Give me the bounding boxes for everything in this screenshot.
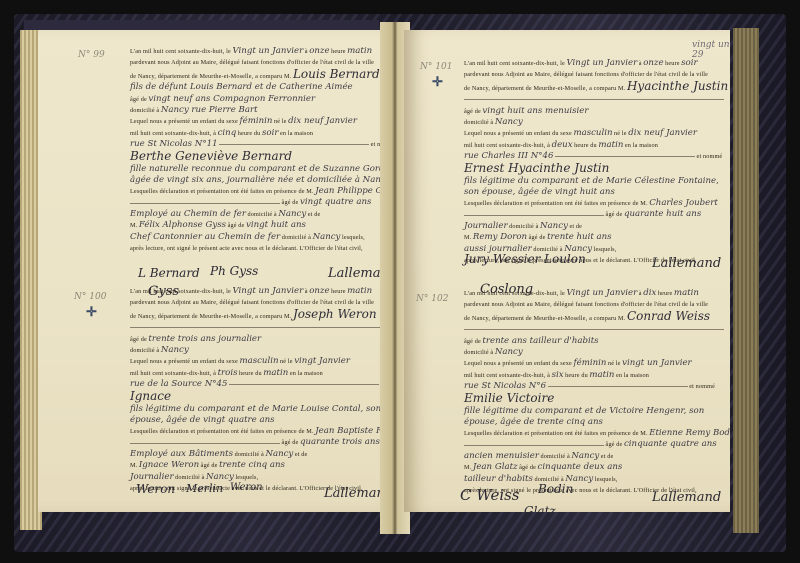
birth-record: L'an mil huit cent soixante-dix-huit, le… — [130, 286, 402, 495]
record-date: Vingt un Janvier — [566, 288, 637, 298]
record-date: Vingt un Janvier — [566, 58, 637, 68]
signature: Jury Wessier — [464, 252, 540, 266]
right-page: vingt un 29 N° 101 ✛ L'an mil huit cent … — [404, 30, 730, 512]
record-date: Vingt un Janvier — [232, 46, 303, 56]
signature: Bodin — [538, 482, 573, 496]
signature: Loulon — [544, 252, 586, 266]
child-name: Berthe Geneviève Bernard — [130, 149, 292, 163]
declarant-name: Louis Bernard — [293, 67, 380, 81]
officer-signature: Lallemand — [652, 256, 721, 271]
birth-record: L'an mil huit cent soixante-dix-huit, le… — [130, 46, 402, 255]
record-number: N° 102 — [416, 294, 448, 304]
signature: Glatz — [524, 504, 556, 512]
page-number-note: vingt un 29 — [692, 40, 730, 60]
signature: Ph Gyss — [210, 264, 258, 278]
signature: L Bernard — [138, 266, 200, 280]
record-number: N° 99 — [78, 50, 105, 60]
birth-record: L'an mil huit cent soixante-dix-huit, le… — [464, 58, 730, 267]
officer-signature: Lallemand — [652, 490, 721, 505]
record-number: N° 101 — [420, 62, 452, 72]
left-page: N° 99 L'an mil huit cent soixante-dix-hu… — [38, 30, 406, 512]
birth-record: L'an mil huit cent soixante-dix-huit, le… — [464, 288, 730, 497]
record-date: Vingt un Janvier — [232, 286, 303, 296]
record-number: N° 100 — [74, 292, 106, 302]
declarant-name: Joseph Weron — [293, 307, 377, 321]
signature: C Weiss — [460, 486, 520, 504]
page-stack-right — [733, 28, 759, 533]
signature: Weron — [136, 482, 175, 496]
child-name: Emilie Victoire — [464, 391, 554, 405]
child-name: Ignace — [130, 389, 171, 403]
marginal-cross-mark: ✛ — [86, 304, 97, 320]
declarant-name: Conrad Weiss — [627, 309, 710, 323]
child-name: Ernest Hyacinthe Justin — [464, 161, 609, 175]
signature: Weron — [230, 482, 263, 493]
declarant-name: Hyacinthe Justin Wessier — [627, 79, 730, 93]
signature: Merlin — [186, 482, 223, 495]
marginal-cross-mark: ✛ — [432, 74, 443, 90]
